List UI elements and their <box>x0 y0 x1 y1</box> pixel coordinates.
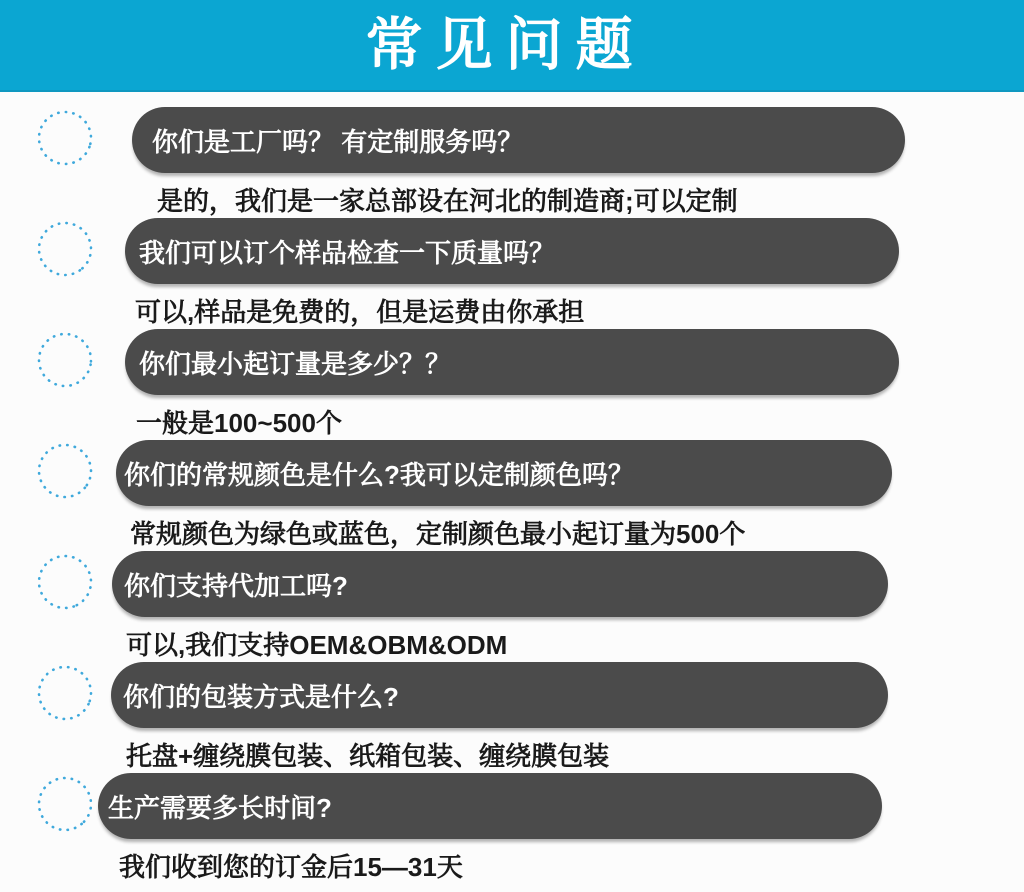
faq-item: 我们可以订个样品检查一下质量吗？ 可以,样品是免费的，但是运费由你承担 <box>0 218 1024 329</box>
question-bubble: 你们最小起订量是多少？？ <box>125 329 899 395</box>
faq-page: 常见问题 你们是工厂吗？ 有定制服务吗？ 是的，我们是一家总部设在河北的制造商;… <box>0 0 1024 892</box>
answer-text: 一般是100~500个 <box>136 408 1024 438</box>
faq-item: 你们的常规颜色是什么?我可以定制颜色吗？ 常规颜色为绿色或蓝色，定制颜色最小起订… <box>0 440 1024 551</box>
question-text: 你们的包装方式是什么? <box>123 677 399 714</box>
dotted-circle-icon <box>36 775 94 833</box>
dotted-circle-icon <box>36 109 94 167</box>
faq-item: 你们的包装方式是什么? 托盘+缠绕膜包装、纸箱包装、缠绕膜包装 <box>0 662 1024 773</box>
question-text: 生产需要多长时间? <box>108 788 332 825</box>
page-title: 常见问题 <box>366 17 646 74</box>
dotted-circle-icon <box>36 442 94 500</box>
faq-item: 生产需要多长时间? 我们收到您的订金后15—31天 <box>0 773 1024 884</box>
question-bubble: 你们的包装方式是什么? <box>111 662 888 728</box>
question-text: 我们可以订个样品检查一下质量吗？ <box>139 233 555 270</box>
answer-text: 我们收到您的订金后15—31天 <box>119 852 1024 882</box>
faq-item: 你们支持代加工吗? 可以,我们支持OEM&OBM&ODM <box>0 551 1024 662</box>
dotted-circle-icon <box>36 220 94 278</box>
question-bubble: 你们的常规颜色是什么?我可以定制颜色吗？ <box>116 440 892 506</box>
dotted-circle-icon <box>36 664 94 722</box>
question-text: 你们支持代加工吗? <box>124 566 348 603</box>
faq-list: 你们是工厂吗？ 有定制服务吗？ 是的，我们是一家总部设在河北的制造商;可以定制 … <box>0 92 1024 884</box>
question-bubble: 你们支持代加工吗? <box>112 551 888 617</box>
question-bubble: 你们是工厂吗？ 有定制服务吗？ <box>132 107 905 173</box>
question-bubble: 我们可以订个样品检查一下质量吗？ <box>125 218 899 284</box>
faq-item: 你们最小起订量是多少？？ 一般是100~500个 <box>0 329 1024 440</box>
question-text: 你们是工厂吗？ 有定制服务吗？ <box>152 122 523 159</box>
answer-text: 常规颜色为绿色或蓝色，定制颜色最小起订量为500个 <box>130 519 1024 549</box>
question-text: 你们的常规颜色是什么?我可以定制颜色吗？ <box>124 455 634 492</box>
dotted-circle-icon <box>36 331 94 389</box>
faq-item: 你们是工厂吗？ 有定制服务吗？ 是的，我们是一家总部设在河北的制造商;可以定制 <box>0 107 1024 218</box>
question-text: 你们最小起订量是多少？？ <box>139 344 451 381</box>
answer-text: 可以,样品是免费的，但是运费由你承担 <box>135 297 1024 327</box>
answer-text: 托盘+缠绕膜包装、纸箱包装、缠绕膜包装 <box>126 741 1024 771</box>
dotted-circle-icon <box>36 553 94 611</box>
answer-text: 是的，我们是一家总部设在河北的制造商;可以定制 <box>157 186 1024 216</box>
page-header: 常见问题 <box>0 0 1024 92</box>
question-bubble: 生产需要多长时间? <box>98 773 882 839</box>
answer-text: 可以,我们支持OEM&OBM&ODM <box>126 630 1024 660</box>
